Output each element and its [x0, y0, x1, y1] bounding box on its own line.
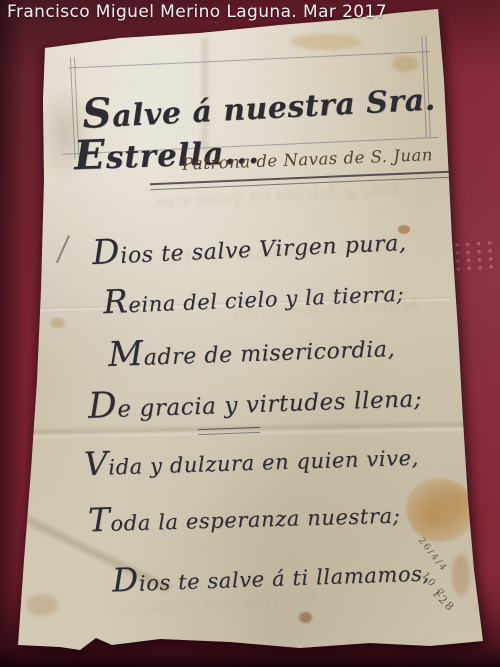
manuscript-paper-wrapper: Vida y dulzura en quien vive, Toda la es…	[0, 0, 500, 667]
frame-line-top	[68, 51, 430, 68]
prayer-line: Dios te salve á ti llamamos,	[111, 550, 430, 599]
stray-pen-mark	[56, 235, 70, 263]
manuscript-paper: Vida y dulzura en quien vive, Toda la es…	[0, 0, 500, 667]
pencil-number: 128	[429, 586, 457, 614]
pencil-number: 26/4/4	[416, 536, 449, 574]
small-stain	[299, 612, 312, 623]
museum-photo: Vida y dulzura en quien vive, Toda la es…	[0, 0, 500, 667]
word-underline-flourish	[198, 427, 260, 435]
prayer-line: Dios te salve Virgen pura,	[91, 219, 407, 273]
large-brown-stain	[398, 469, 482, 551]
archival-pencil-numbers: 26/4/4 10 2 128	[396, 546, 486, 636]
photographer-watermark: Francisco Miguel Merino Laguna. Mar 2017	[7, 2, 387, 22]
prayer-line: Reina del cielo y la tierra;	[102, 271, 404, 322]
prayer-line: Vida y dulzura en quien vive,	[83, 435, 419, 483]
prayer-line: De gracia y virtudes llena;	[87, 374, 422, 427]
small-stain	[50, 318, 65, 328]
prayer-line: Toda la esperanza nuestra;	[88, 493, 401, 540]
small-stain	[26, 594, 58, 616]
prayer-line: Madre de misericordia,	[107, 325, 395, 375]
